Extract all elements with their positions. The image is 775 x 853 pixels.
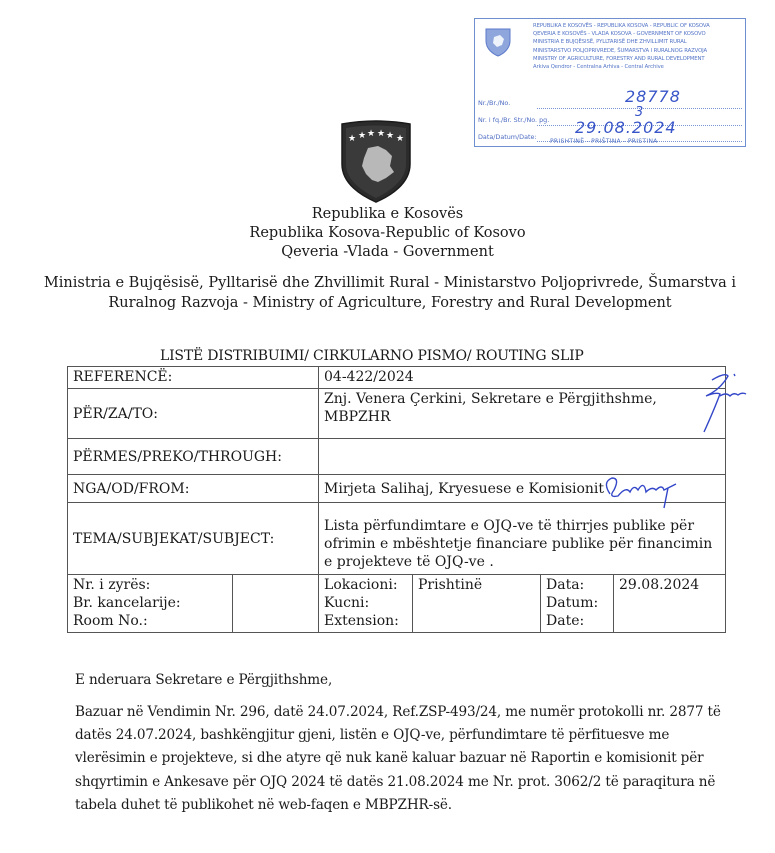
stamp-line: QEVERIA E KOSOVËS - VLADA KOSOVA - GOVER… bbox=[533, 30, 745, 38]
stamp-pages-label: Nr. i fq./Br. Str./No. pg. bbox=[478, 116, 549, 124]
details-row: Nr. i zyrës: Br. kancelarije: Room No.: … bbox=[68, 575, 726, 633]
location-label: Kucni: bbox=[324, 594, 407, 612]
office-label: Br. kancelarije: bbox=[73, 594, 227, 612]
stamp-line: Arkiva Qendror - Centralna Arhiva - Cent… bbox=[533, 63, 745, 71]
stamp-footer: PRISHTINË - PRIŠTINA - PRISTINA bbox=[550, 138, 658, 145]
date-label: Date: bbox=[546, 612, 608, 630]
office-labels: Nr. i zyrës: Br. kancelarije: Room No.: bbox=[68, 575, 233, 633]
republic-name-serbian-english: Republika Kosova-Republic of Kosovo bbox=[0, 224, 775, 243]
svg-text:★: ★ bbox=[358, 131, 366, 141]
to-row: PËR/ZA/TO: Znj. Venera Çerkini, Sekretar… bbox=[68, 389, 726, 439]
from-label: NGA/OD/FROM: bbox=[68, 475, 319, 503]
through-row: PËRMES/PREKO/THROUGH: bbox=[68, 439, 726, 475]
to-label: PËR/ZA/TO: bbox=[68, 389, 319, 439]
date-label: Datum: bbox=[546, 594, 608, 612]
location-label: Extension: bbox=[324, 612, 407, 630]
kosovo-emblem-icon bbox=[485, 27, 511, 57]
recipient-signature-icon bbox=[690, 370, 770, 440]
reference-value: 04-422/2024 bbox=[319, 367, 726, 389]
date-value: 29.08.2024 bbox=[614, 575, 726, 633]
ministry-line: Ministria e Bujqësisë, Pylltarisë dhe Zh… bbox=[40, 273, 740, 293]
reference-label: REFERENCË: bbox=[68, 367, 319, 389]
office-label: Nr. i zyrës: bbox=[73, 576, 227, 594]
stamp-line: REPUBLIKA E KOSOVËS - REPUBLIKA KOSOVA -… bbox=[533, 22, 745, 30]
ministry-name: Ministria e Bujqësisë, Pylltarisë dhe Zh… bbox=[40, 273, 740, 313]
stamp-date-label: Data/Datum/Date: bbox=[478, 133, 537, 141]
svg-text:★: ★ bbox=[396, 134, 404, 144]
to-value: Znj. Venera Çerkini, Sekretare e Përgjit… bbox=[319, 389, 726, 439]
svg-text:★: ★ bbox=[377, 129, 385, 139]
office-label: Room No.: bbox=[73, 612, 227, 630]
government-name: Qeveria -Vlada - Government bbox=[0, 243, 775, 262]
routing-slip-title: LISTË DISTRIBUIMI/ CIRKULARNO PISMO/ ROU… bbox=[160, 348, 584, 364]
svg-text:★: ★ bbox=[348, 134, 356, 144]
stamp-line: MINISTRY OF AGRICULTURE, FORESTRY AND RU… bbox=[533, 55, 745, 63]
reference-row: REFERENCË: 04-422/2024 bbox=[68, 367, 726, 389]
through-label: PËRMES/PREKO/THROUGH: bbox=[68, 439, 319, 475]
subject-row: TEMA/SUBJEKAT/SUBJECT: Lista përfundimta… bbox=[68, 503, 726, 575]
republic-name-albanian: Republika e Kosovës bbox=[0, 205, 775, 224]
kosovo-coat-of-arms-icon: ★★★ ★★★ bbox=[338, 120, 414, 204]
stamp-number-label: Nr./Br./No. bbox=[478, 99, 510, 107]
subject-value: Lista përfundimtare e OJQ-ve të thirrjes… bbox=[319, 503, 726, 575]
svg-text:★: ★ bbox=[367, 129, 375, 139]
sender-signature-icon bbox=[598, 472, 688, 512]
date-labels: Data: Datum: Date: bbox=[541, 575, 614, 633]
registry-stamp: REPUBLIKA E KOSOVËS - REPUBLIKA KOSOVA -… bbox=[474, 18, 746, 147]
location-labels: Lokacioni: Kucni: Extension: bbox=[319, 575, 413, 633]
location-value: Prishtinë bbox=[413, 575, 541, 633]
office-value bbox=[233, 575, 319, 633]
stamp-number-value: 28778 bbox=[625, 87, 681, 106]
date-label: Data: bbox=[546, 576, 608, 594]
stamp-line: MINISTRIA E BUJQËSISË, PYLLTARISË DHE ZH… bbox=[533, 38, 745, 46]
through-value bbox=[319, 439, 726, 475]
body-paragraph: Bazuar në Vendimin Nr. 296, datë 24.07.2… bbox=[75, 701, 735, 817]
subject-label: TEMA/SUBJEKAT/SUBJECT: bbox=[68, 503, 319, 575]
stamp-line: MINISTARSTVO POLJOPRIVREDE, ŠUMARSTVA I … bbox=[533, 47, 745, 55]
stamp-header: REPUBLIKA E KOSOVËS - REPUBLIKA KOSOVA -… bbox=[533, 22, 745, 71]
stamp-date-value: 29.08.2024 bbox=[575, 118, 677, 137]
svg-text:★: ★ bbox=[386, 131, 394, 141]
location-label: Lokacioni: bbox=[324, 576, 407, 594]
ministry-line: Ruralnog Razvoja - Ministry of Agricultu… bbox=[40, 293, 740, 313]
republic-header: Republika e Kosovës Republika Kosova-Rep… bbox=[0, 205, 775, 262]
salutation: E nderuara Sekretare e Përgjithshme, bbox=[75, 669, 735, 692]
